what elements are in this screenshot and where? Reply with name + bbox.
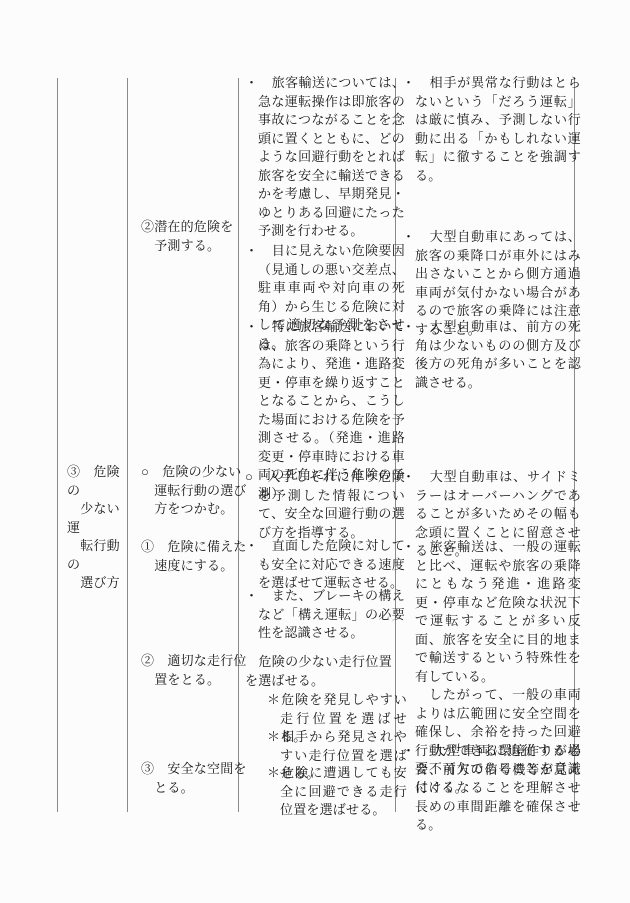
guidance-paragraph: ・ 直面した危険に対しても安全に対応できる速度を選ばせて運転させる。 <box>245 537 405 593</box>
note-paragraph: ・ 大型自動車は、前方の死角は少ないものの側方及び後方の死角が多いことを認識させ… <box>402 318 581 392</box>
note-paragraph: ・ 大型車両に追従する場合、前方の信号機等が見えにくくなることを理解させ長めの車… <box>402 742 581 835</box>
table-divider-1 <box>127 78 128 812</box>
instruction-table: ③ 危険の 少ない運 転行動の 選び方 ②潜在的危険を 予測する。 ○ 危険の少… <box>57 72 575 813</box>
guidance-paragraph: ・ また、ブレーキの構えなど「構え運転」の必要性を認識させる。 <box>245 587 405 643</box>
guidance-paragraph: ○ 入手しそれに伴う危険を予測した情報について、安全な回避行動の選び方を指導する… <box>245 468 405 542</box>
note-paragraph: ・ 相手が異常な行動はとらないという「だろう運転」は厳に慎み、予測しない行動に出… <box>402 74 581 185</box>
document-page: { "page": { "background": "#fcfcfc", "te… <box>0 0 630 903</box>
table-border-left <box>57 78 58 812</box>
section-heading: ③ 危険の 少ない運 転行動の 選び方 <box>67 463 129 593</box>
table-divider-2 <box>238 78 239 812</box>
guidance-sub-item: ＊危険に遭遇しても安全に回避できる走行位置を選ばせる。 <box>267 764 407 820</box>
guidance-paragraph: 危険の少ない走行位置を選ばせる。 <box>245 653 392 690</box>
guidance-paragraph: ・ 旅客輸送については、急な運転操作は即旅客の事故につながることを念頭に置くとと… <box>245 74 405 241</box>
page-background: ③ 危険の 少ない運 転行動の 選び方 ②潜在的危険を 予測する。 ○ 危険の少… <box>0 0 630 903</box>
